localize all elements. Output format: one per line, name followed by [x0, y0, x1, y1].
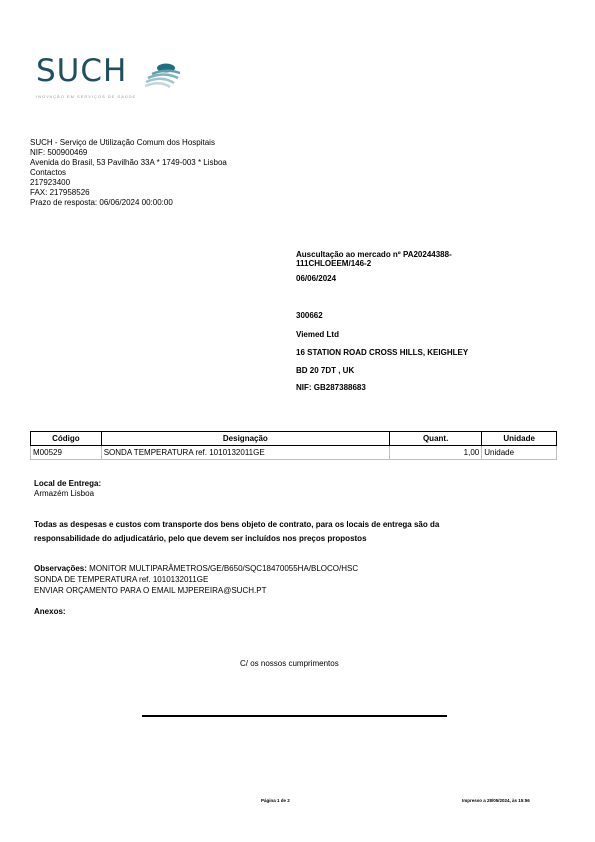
delivery-label: Local de Entrega: [34, 479, 101, 489]
notice-line-1: Todas as despesas e custos com transport… [34, 520, 439, 530]
signature-line [142, 715, 447, 717]
delivery-location: Armazém Lisboa [34, 489, 94, 499]
sender-phone: 217923400 [30, 178, 227, 188]
column-header-quantity: Quant. [390, 432, 482, 446]
sender-block: SUCH - Serviço de Utilização Comum dos H… [30, 138, 227, 208]
sender-fax: FAX: 217958526 [30, 188, 227, 198]
supplier-name: Viemed Ltd [296, 330, 339, 339]
observations-line-3: ENVIAR ORÇAMENTO PARA O EMAIL MJPEREIRA@… [34, 586, 266, 596]
reference-line-1: Auscultação ao mercado nº PA20244388- [296, 250, 452, 259]
page-number: Página 1 de 2 [261, 798, 290, 803]
sender-name: SUCH - Serviço de Utilização Comum dos H… [30, 138, 227, 148]
observations-label: Observações: [34, 564, 87, 573]
observations-text-1: MONITOR MULTIPARÂMETROS/GE/B650/SQC18470… [89, 564, 358, 573]
column-header-unit: Unidade [482, 432, 557, 446]
closing-text: C/ os nossos cumprimentos [240, 659, 339, 669]
column-header-code: Código [31, 432, 102, 446]
column-header-description: Designação [101, 432, 389, 446]
annexes-label: Anexos: [34, 607, 66, 617]
cell-quantity: 1,00 [390, 446, 482, 460]
supplier-address-1: 16 STATION ROAD CROSS HILLS, KEIGHLEY [296, 348, 468, 357]
wave-logo-icon [142, 60, 182, 90]
table-header-row: Código Designação Quant. Unidade [31, 432, 557, 446]
sender-nif: NIF: 500900469 [30, 148, 227, 158]
cell-description: SONDA TEMPERATURA ref. 1010132011GE [101, 446, 389, 460]
sender-address: Avenida do Brasil, 53 Pavilhão 33A * 174… [30, 158, 227, 168]
logo-text: SUCH [36, 56, 127, 87]
reference-date: 06/06/2024 [296, 274, 336, 283]
observations-line-1: Observações: MONITOR MULTIPARÂMETROS/GE/… [34, 564, 358, 574]
printed-timestamp: Impresso a 28/05/2024, às 15:56 [462, 798, 530, 803]
response-deadline: Prazo de resposta: 06/06/2024 00:00:00 [30, 198, 227, 208]
supplier-code: 300662 [296, 311, 323, 320]
notice-line-2: responsabilidade do adjudicatário, pelo … [34, 534, 367, 544]
logo-tagline: INOVAÇÃO EM SERVIÇOS DE SAÚDE [36, 94, 136, 99]
table-row: M00529 SONDA TEMPERATURA ref. 1010132011… [31, 446, 557, 460]
supplier-address-2: BD 20 7DT , UK [296, 366, 354, 375]
cell-code: M00529 [31, 446, 102, 460]
items-table: Código Designação Quant. Unidade M00529 … [30, 431, 557, 460]
reference-line-2: 111CHLOEEM/146-2 [296, 259, 371, 268]
supplier-nif: NIF: GB287388683 [296, 383, 366, 392]
observations-line-2: SONDA DE TEMPERATURA ref. 1010132011GE [34, 575, 208, 585]
sender-contacts-label: Contactos [30, 168, 227, 178]
cell-unit: Unidade [482, 446, 557, 460]
